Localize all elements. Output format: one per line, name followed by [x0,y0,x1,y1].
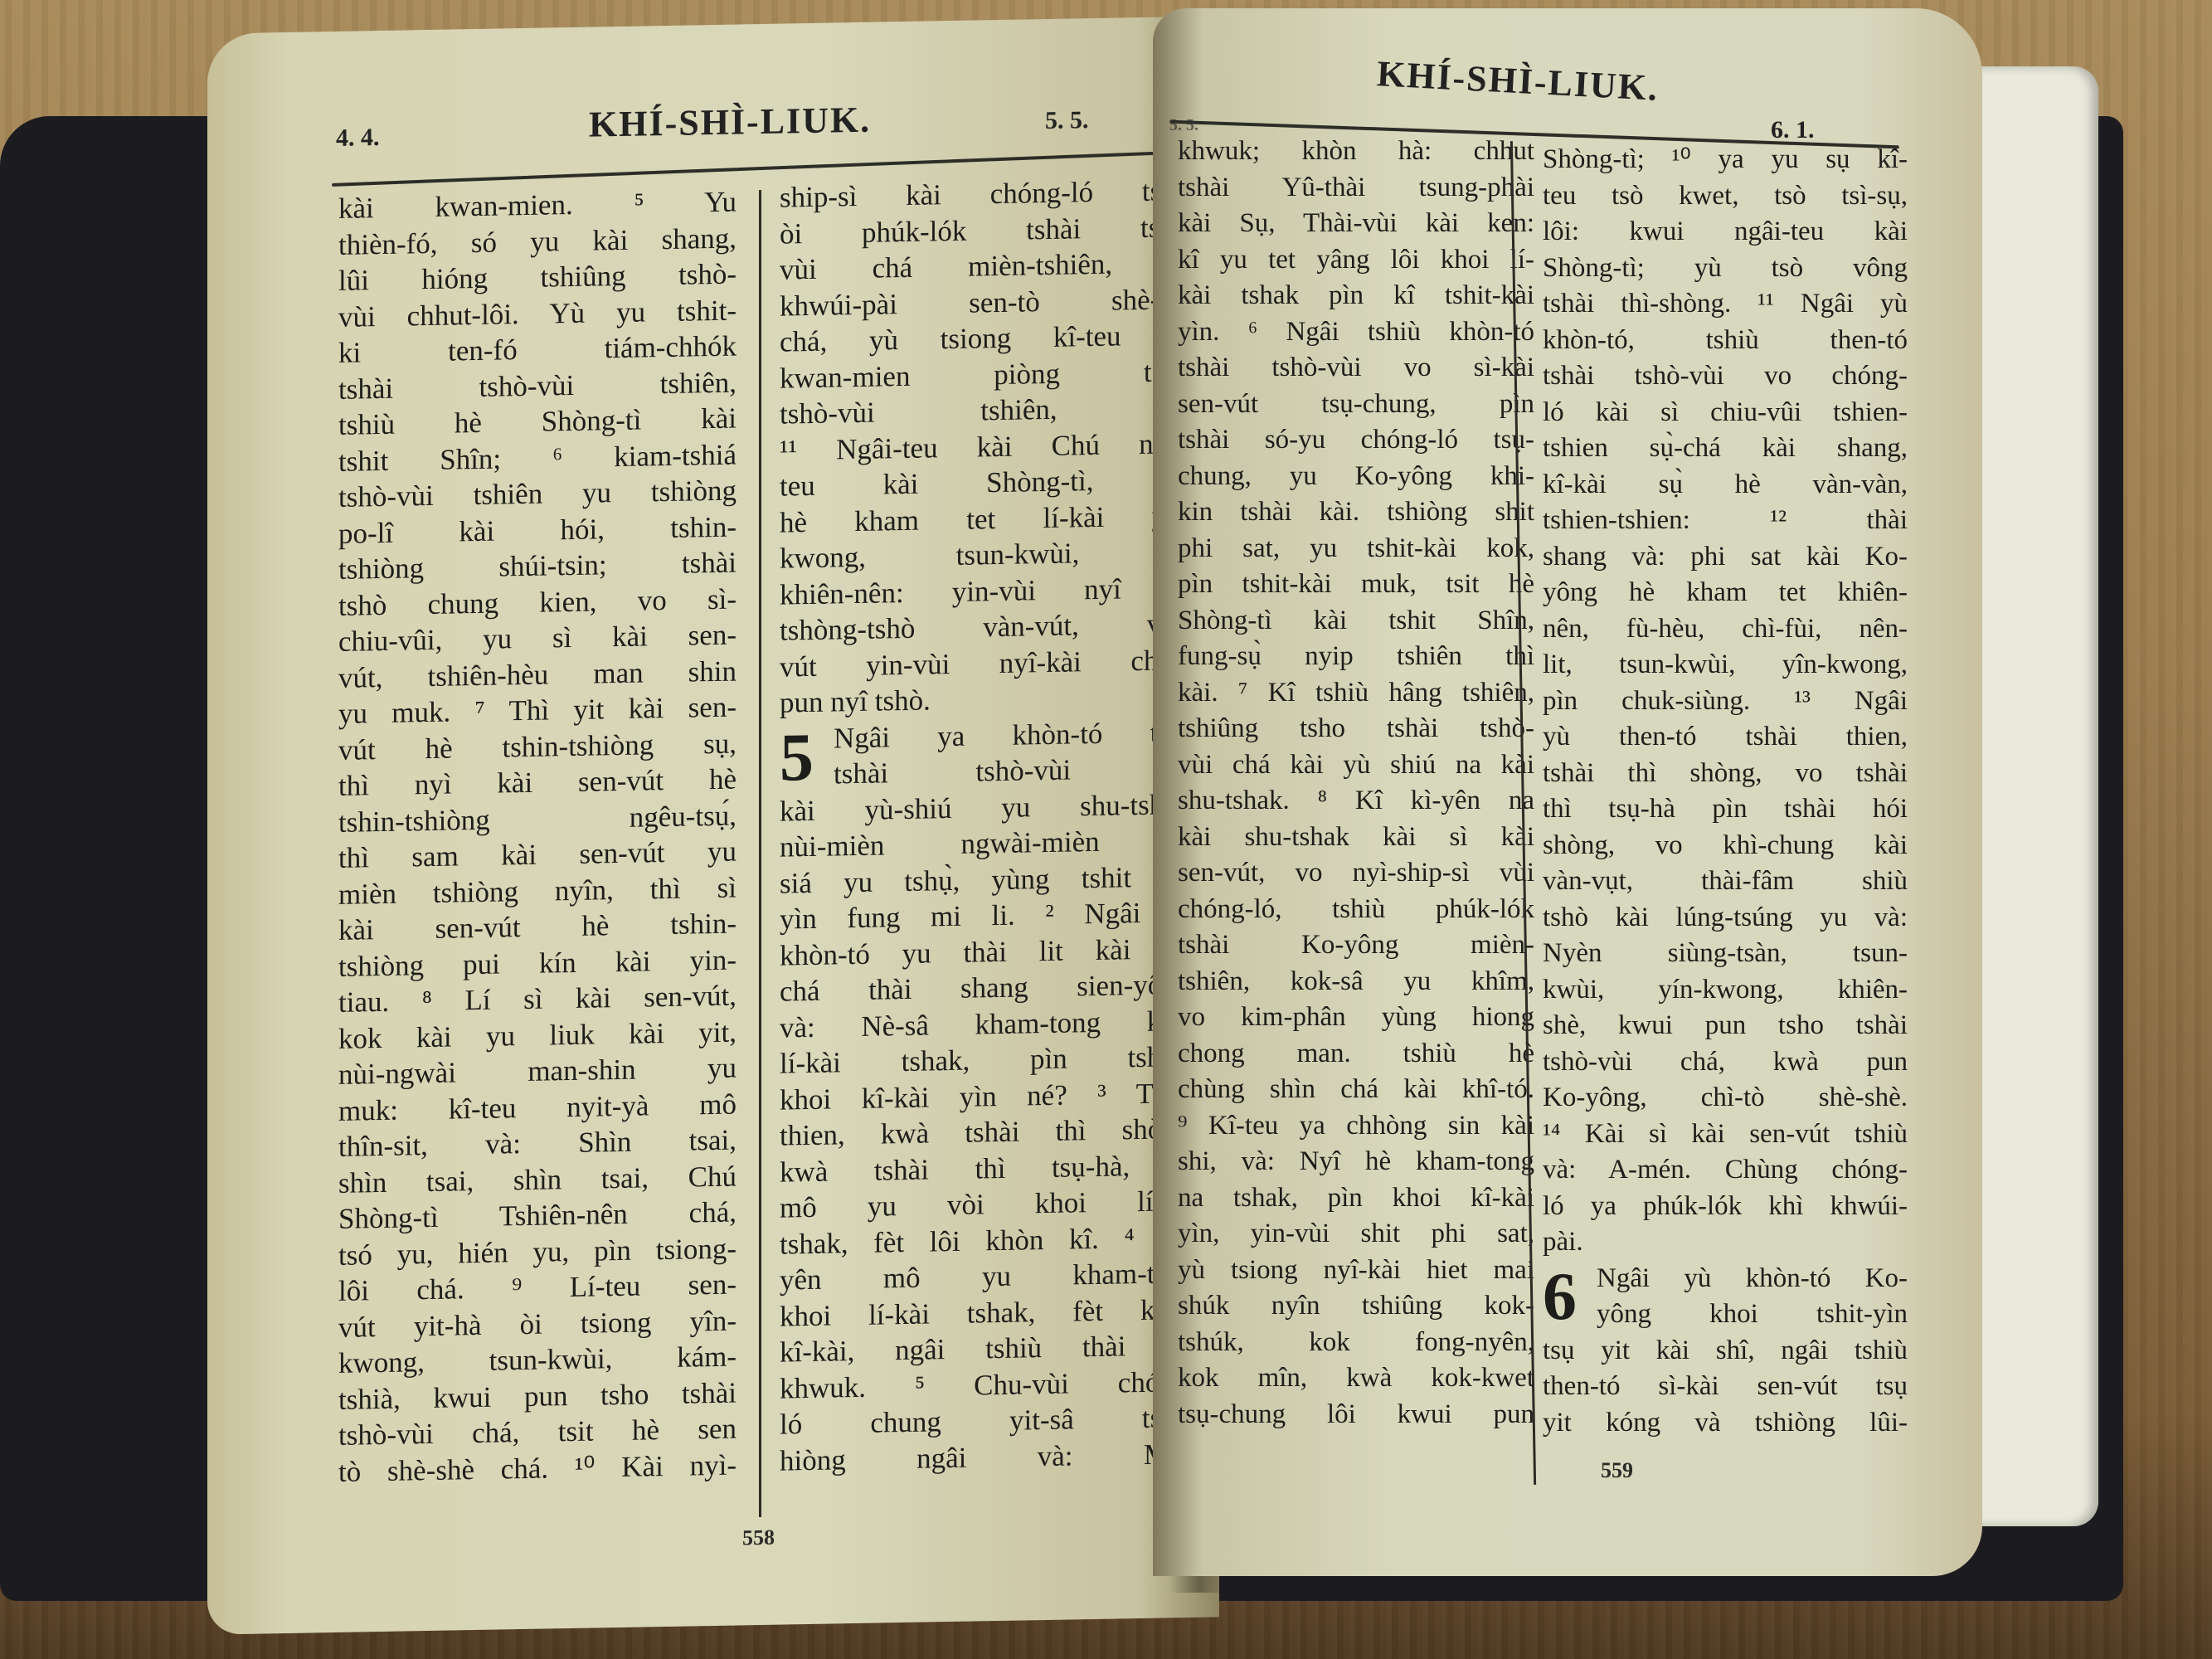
text-line: tshúk, kok fong-nyên, [1178,1324,1534,1360]
right-page: 5. 5. KHÍ-SHÌ-LIUK. 6. 1. khwuk; khòn hà… [1153,8,1982,1576]
text-line: tshài tshò-vùi vo sì-kài [1178,349,1534,386]
text-line: tshài thì shòng, vo tshài [1543,755,1908,791]
text-line: pìn tshit-kài muk, tsit hè [1178,566,1534,602]
text-line: và: A-mén. Chùng chóng- [1543,1151,1908,1188]
left-page-ref-left: 4. 4. [336,124,380,153]
text-line: tsụ-chung lôi kwui pun [1178,1396,1534,1433]
text-line: tshò kài lúng-tsúng yu và: [1543,899,1908,936]
text-line: Ngâi yù khòn-tó Ko- [1543,1260,1908,1297]
text-line: chung, yu Ko-yông khi- [1178,458,1534,494]
text-line: yù tsiong nyî-kài hiet mai [1178,1252,1534,1288]
text-line: tsụ yit kài shî, ngâi tshiù [1543,1332,1908,1369]
text-line: vùi chá kài yù shiú na kài [1178,747,1534,783]
text-line: vo kim-phân yùng hiong [1178,999,1534,1035]
text-line: tshài tshò-vùi vo chóng- [1543,358,1908,394]
text-line: ¹⁴ Kài sì kài sen-vút tshiù [1543,1116,1908,1152]
text-line: ló kài sì chiu-vûi tshien- [1543,394,1908,431]
text-line: vàn-vụt, thài-fâm shiù [1543,863,1908,899]
text-line: tò shè-shè chá. ¹⁰ Kài nyì- [338,1447,737,1490]
text-line: chong man. tshiù hè [1178,1035,1534,1072]
text-line: Shòng-tì; ¹⁰ ya yu sụ kî- [1543,141,1908,178]
left-page-column-2: ship-sì kài chóng-ló tshiùòi phúk-lók ts… [780,173,1198,1479]
column-divider [759,190,761,1517]
text-line: phi sat, yu tshit-kài kok, [1178,530,1534,567]
text-line: ⁹ Kî-teu ya chhòng sin kài [1178,1107,1534,1144]
left-page: 4. 4. KHÍ-SHÌ-LIUK. 5. 5. kài kwan-mien.… [207,16,1219,1634]
text-line: then-tó sì-kài sen-vút tsụ [1543,1368,1908,1404]
text-line: pài. [1543,1224,1908,1260]
text-line: tshiên, kok-sâ yu khîm, [1178,963,1534,1000]
text-line: kài. ⁷ Kî tshiù hâng tshiên, [1178,674,1534,711]
text-line: yìn, yin-vùi shit phi sat, [1178,1215,1534,1252]
text-line: teu tsò kwet, tsò tsì-sụ, [1543,178,1908,214]
text-line: lôi: kwui ngâi-teu kài [1543,213,1908,250]
right-page-title: KHÍ-SHÌ-LIUK. [1376,52,1660,109]
text-line: khòn-tó, tshiù then-tó [1543,322,1908,358]
text-line: kài sen-vút hè tshin- [338,906,737,949]
text-line: tshò-vùi tshiên yu tshiòng [338,473,737,516]
text-line: thì tsụ-hà pìn tshài hói [1543,791,1908,827]
text-line: nùi-ngwài man-shin yu [338,1050,737,1093]
text-line: kwong, tsun-kwùi, kám- [338,1339,737,1382]
text-line: yù then-tó tshài thien, [1543,718,1908,755]
text-line: kî yu tet yâng lôi khoi lí- [1178,241,1534,278]
left-page-ref-right: 5. 5. [1045,106,1089,135]
text-line: tshiòng shúi-tsin; tshài [338,545,737,588]
right-page-ref-right: 6. 1. [1771,116,1815,144]
text-line: pìn chuk-siùng. ¹³ Ngâi [1543,683,1908,719]
text-line: kài shu-tshak kài sì kài [1178,819,1534,855]
text-line: kwùi, yín-kwong, khiên- [1543,971,1908,1008]
chapter-start: 6Ngâi yù khòn-tó Ko-yông khoi tshit-yìnt… [1543,1260,1908,1441]
text-line: tshiù hè Shòng-tì kài [338,401,737,444]
text-line: shi, và: Nyî hè kham-tong [1178,1143,1534,1180]
text-line: na tshak, pìn khoi kî-kài [1178,1180,1534,1216]
left-page-number: 558 [742,1525,775,1551]
text-line: yìn. ⁶ Ngâi tshiù khòn-tó [1178,314,1534,350]
text-line: chiu-vûi, yu sì kài sen- [338,617,737,660]
text-line: chùng shìn chá kài khî-tó. [1178,1071,1534,1107]
text-line: tshài thì-shòng. ¹¹ Ngâi yù [1543,285,1908,322]
text-line: kin tshài kài. tshiòng shit [1178,494,1534,530]
text-line: lûi hióng tshiûng tshò- [338,256,737,299]
text-line: yit kóng và tshiòng lûi- [1543,1404,1908,1441]
text-line: Nyèn siùng-tsàn, tsun- [1543,935,1908,971]
text-line: tshài Yû-thài tsung-phài [1178,169,1534,206]
text-line: kok mîn, kwà kok-kwet [1178,1360,1534,1396]
text-line: lit, tsun-kwùi, yîn-kwong, [1543,646,1908,683]
text-line: fung-sụ̀ nyip tshiên thì [1178,638,1534,674]
text-line: tshài Ko-yông mièn- [1178,927,1534,963]
text-line: Shòng-tì Tshiên-nên chá, [338,1194,737,1238]
text-line: shòng, vo khì-chung kài [1543,827,1908,864]
text-line: kài kwan-mien. ⁵ Yu [338,184,737,227]
text-line: sen-vút, vo nyì-ship-sì vùi [1178,854,1534,891]
left-page-column-1: kài kwan-mien. ⁵ Yuthièn-fó, só yu kài s… [338,184,737,1490]
text-line: sen-vút tsụ-chung, pìn [1178,386,1534,422]
text-line: shang và: phi sat kài Ko- [1543,538,1908,575]
text-line: shè, kwui pun tsho tshài [1543,1007,1908,1044]
right-page-column-2: Shòng-tì; ¹⁰ ya yu sụ kî-teu tsò kwet, t… [1543,141,1908,1440]
text-line: tshien sụ̀-chá kài shang, [1543,430,1908,466]
text-line: shu-tshak. ⁸ Kî kì-yên na [1178,782,1534,819]
text-line: kài tshak pìn kî tshit-kài [1178,277,1534,314]
text-line: ló ya phúk-lók khì khwúi- [1543,1188,1908,1224]
text-line: lôi chá. ⁹ Lí-teu sen- [338,1267,737,1310]
text-line: shúk nyîn tshiûng kok- [1178,1287,1534,1324]
chapter-start: 5Ngâi ya khòn-tó tshotshài tshò-vùi chák… [780,713,1198,1478]
text-line: Shòng-tì; yù tsò vông [1543,250,1908,286]
text-line: Ko-yông, chì-tò shè-shè. [1543,1079,1908,1116]
text-line: Shòng-tì kài tshit Shîn, [1178,602,1534,639]
text-line: hiòng ngâi và: Mók [780,1435,1198,1478]
text-line: thîn-sit, và: Shìn tsai, [338,1122,737,1165]
text-line: thì nyì kài sen-vút hè [338,761,737,805]
text-line: tiau. ⁸ Lí sì kài sen-vút, [338,978,737,1021]
text-line: yông khoi tshit-yìn [1543,1296,1908,1332]
text-line: yông hè kham tet khiên- [1543,574,1908,611]
text-line: kî-kài sụ̀ hè vàn-vàn, [1543,466,1908,503]
chapter-number: 5 [780,723,814,791]
left-page-title: KHÍ-SHÌ-LIUK. [589,99,871,146]
right-page-number: 559 [1601,1458,1633,1483]
text-line: vút yin-vùi nyî-kài chí-yì [780,641,1198,684]
text-line: nên, fù-hèu, chì-fùi, nên- [1543,611,1908,647]
text-line: tshò-vùi chá, tsit hè sen [338,1411,737,1454]
text-line: ki ten-fó tiám-chhók [338,328,737,372]
right-page-column-1: khwuk; khòn hà: chhuttshài Yû-thài tsung… [1178,133,1534,1432]
text-line: tshài só-yu chóng-ló tsụ- [1178,421,1534,458]
text-line: kài Sụ, Thài-vùi kài ken: [1178,205,1534,241]
text-line: tshien-tshien: ¹² thài [1543,502,1908,538]
text-line: khwuk; khòn hà: chhut [1178,133,1534,169]
text-line: tshiûng tsho tshài tshò- [1178,710,1534,747]
text-line: yu muk. ⁷ Thì yit kài sen- [338,689,737,732]
text-line: chóng-ló, tshiù phúk-lók [1178,891,1534,927]
chapter-number: 6 [1543,1263,1577,1330]
text-line: thì sam kài sen-vút yu [338,834,737,877]
text-line: tshò-vùi chá, kwà pun [1543,1044,1908,1080]
